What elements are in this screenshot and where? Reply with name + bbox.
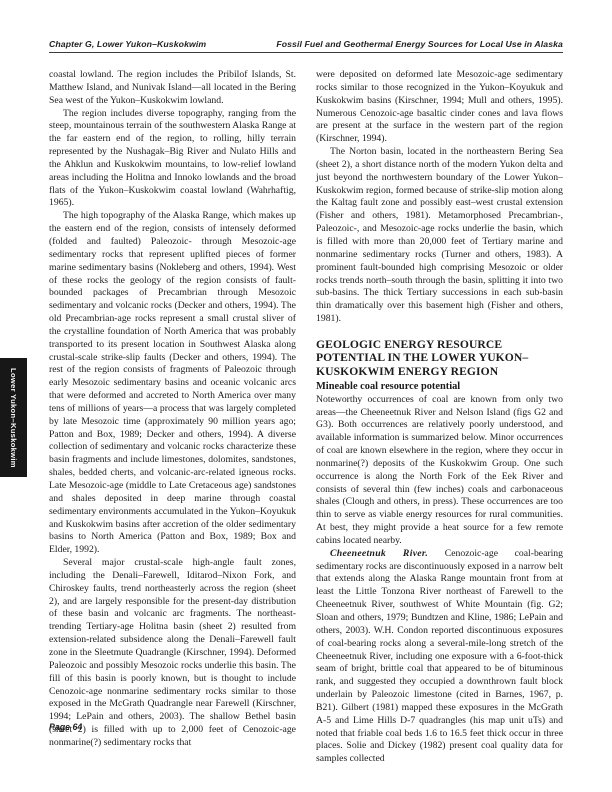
page-number: Page 64 (49, 722, 82, 732)
section-heading: GEOLOGIC ENERGY RESOURCE POTENTIAL IN TH… (316, 338, 563, 379)
section-heading-line: KUSKOKWIM ENERGY REGION (316, 365, 563, 379)
paragraph: The region includes diverse topography, … (49, 108, 296, 211)
page-body: coastal lowland. The region includes the… (49, 69, 563, 766)
right-column: were deposited on deformed late Mesozoic… (316, 69, 563, 766)
document-page: Chapter G, Lower Yukon–Kuskokwim Fossil … (0, 0, 612, 792)
paragraph: Noteworthy occurrences of coal are known… (316, 394, 563, 548)
section-heading-line: GEOLOGIC ENERGY RESOURCE (316, 338, 563, 352)
running-header: Chapter G, Lower Yukon–Kuskokwim Fossil … (49, 39, 563, 49)
subsection-heading: Mineable coal resource potential (316, 380, 563, 393)
region-side-tab: Lower Yukon–Kuskokwim (0, 358, 27, 477)
runin-text: Cenozoic-age coal-bearing sedimentary ro… (316, 548, 563, 765)
left-column: coastal lowland. The region includes the… (49, 69, 296, 766)
side-tab-label: Lower Yukon–Kuskokwim (9, 368, 18, 468)
paragraph: The Norton basin, located in the northea… (316, 146, 563, 326)
paragraph: coastal lowland. The region includes the… (49, 69, 296, 108)
runin-paragraph: Cheeneetnuk River. Cenozoic-age coal-bea… (316, 548, 563, 766)
paragraph: Several major crustal-scale high-angle f… (49, 557, 296, 750)
paragraph: were deposited on deformed late Mesozoic… (316, 69, 563, 146)
runin-heading: Cheeneetnuk River. (330, 548, 428, 559)
paragraph: The high topography of the Alaska Range,… (49, 210, 296, 557)
header-chapter-title: Chapter G, Lower Yukon–Kuskokwim (49, 39, 206, 49)
header-rule (49, 52, 563, 53)
section-heading-line: POTENTIAL IN THE LOWER YUKON– (316, 351, 563, 365)
header-report-title: Fossil Fuel and Geothermal Energy Source… (276, 39, 563, 49)
